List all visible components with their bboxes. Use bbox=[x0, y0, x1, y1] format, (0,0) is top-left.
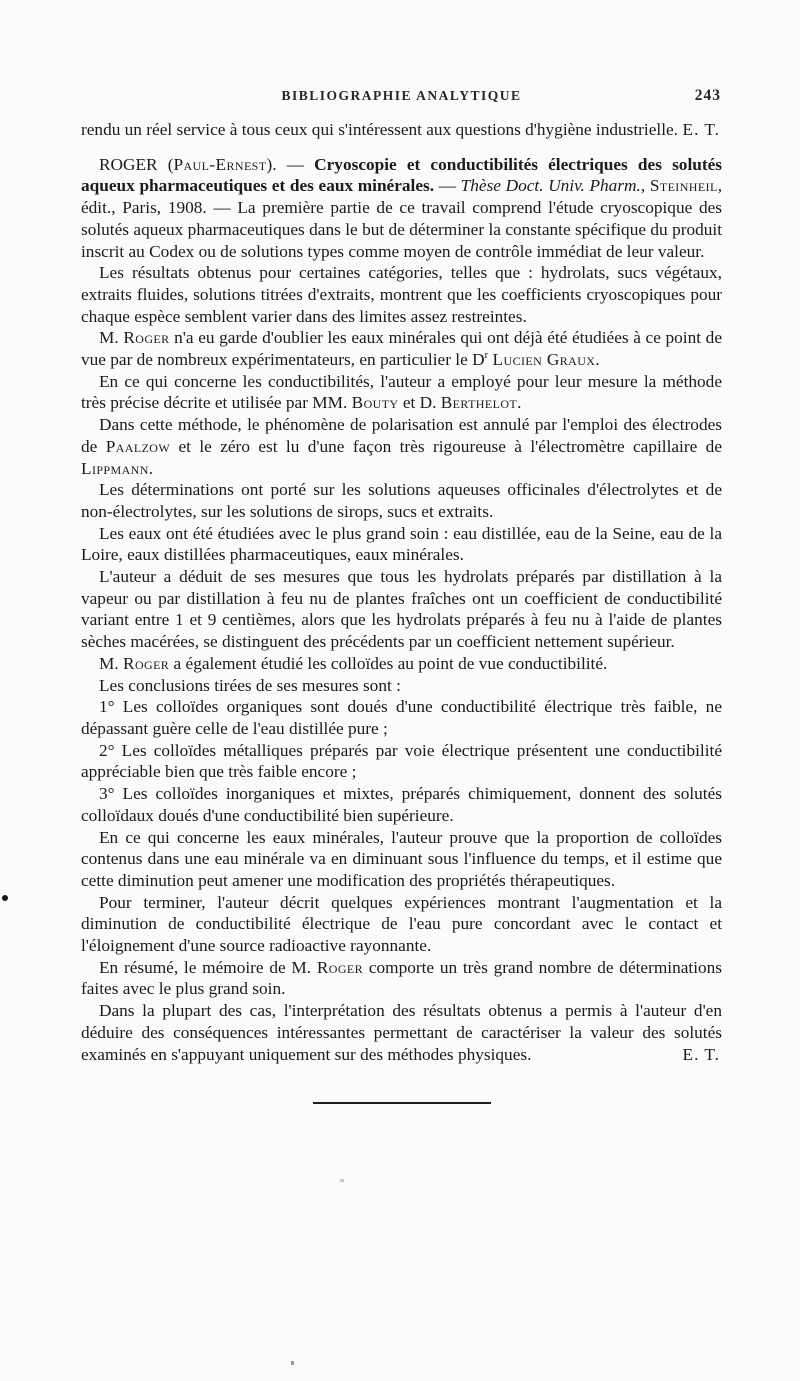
text-segment: M. bbox=[99, 328, 123, 347]
text-segment: et le zéro est lu d'une façon très rigou… bbox=[170, 437, 722, 456]
paragraph: L'auteur a déduit de ses mesures que tou… bbox=[81, 566, 722, 653]
paragraph: rendu un réel service à tous ceux qui s'… bbox=[81, 119, 722, 141]
article-body: rendu un réel service à tous ceux qui s'… bbox=[81, 119, 722, 1104]
text-segment: 3° Les colloïdes inorganiques et mixtes,… bbox=[81, 784, 722, 825]
paragraph: En résumé, le mémoire de M. Roger compor… bbox=[81, 957, 722, 1000]
text-segment: M. bbox=[99, 654, 123, 673]
paragraph: 1° Les colloïdes organiques sont doués d… bbox=[81, 696, 722, 739]
text-segment: et D. bbox=[399, 393, 441, 412]
text-segment: Les eaux ont été étudiées avec le plus g… bbox=[81, 524, 722, 565]
text-segment: Pour terminer, l'auteur décrit quelques … bbox=[81, 893, 722, 955]
paragraph: M. Roger n'a eu garde d'oublier les eaux… bbox=[81, 327, 722, 370]
text-segment: Paalzow bbox=[106, 437, 170, 456]
scanned-page: BIBLIOGRAPHIE ANALYTIQUE 243 rendu un ré… bbox=[0, 0, 800, 1381]
text-segment: En résumé, le mémoire de M. bbox=[99, 958, 317, 977]
margin-dot-artifact bbox=[2, 895, 8, 901]
text-segment: . bbox=[149, 459, 153, 478]
paragraph: En ce qui concerne les conductibilités, … bbox=[81, 371, 722, 414]
text-segment: . bbox=[595, 350, 599, 369]
text-segment: L'auteur a déduit de ses mesures que tou… bbox=[81, 567, 722, 651]
paragraph: Dans la plupart des cas, l'interprétatio… bbox=[81, 1000, 722, 1065]
paragraph: Les eaux ont été étudiées avec le plus g… bbox=[81, 523, 722, 566]
faint-speck-artifact bbox=[340, 1179, 344, 1182]
signature: E. T. bbox=[665, 1044, 720, 1066]
text-segment: Bouty bbox=[352, 393, 399, 412]
bottom-speck-artifact bbox=[291, 1361, 294, 1365]
paragraph: Pour terminer, l'auteur décrit quelques … bbox=[81, 892, 722, 957]
text-segment: , bbox=[641, 176, 650, 195]
paragraph: ROGER (Paul-Ernest). — Cryoscopie et con… bbox=[81, 154, 722, 263]
text-segment: Paul-Ernest bbox=[173, 155, 266, 174]
text-segment: Lippmann bbox=[81, 459, 149, 478]
text-segment: n'a eu garde d'oublier les eaux minérale… bbox=[81, 328, 722, 369]
signature: E. T. bbox=[683, 119, 720, 141]
text-segment: Roger bbox=[317, 958, 363, 977]
text-segment: a également étudié les colloïdes au poin… bbox=[169, 654, 607, 673]
text-segment: En ce qui concerne les eaux minérales, l… bbox=[81, 828, 722, 890]
running-title: BIBLIOGRAPHIE ANALYTIQUE bbox=[81, 88, 722, 104]
paragraph: En ce qui concerne les eaux minérales, l… bbox=[81, 827, 722, 892]
text-segment: Les résultats obtenus pour certaines cat… bbox=[81, 263, 722, 325]
text-segment: Les conclusions tirées de ses mesures so… bbox=[99, 676, 401, 695]
text-segment: Berthelot bbox=[441, 393, 517, 412]
text-segment: rendu un réel service à tous ceux qui s'… bbox=[81, 120, 678, 139]
paragraph: Dans cette méthode, le phénomène de pola… bbox=[81, 414, 722, 479]
text-segment: Les déterminations ont porté sur les sol… bbox=[81, 480, 722, 521]
text-segment: . bbox=[517, 393, 521, 412]
text-segment: ). — bbox=[266, 155, 314, 174]
page-number: 243 bbox=[695, 87, 721, 105]
paragraph: Les conclusions tirées de ses mesures so… bbox=[81, 675, 722, 697]
text-segment: 2° Les colloïdes métalliques préparés pa… bbox=[81, 741, 722, 782]
paragraph: M. Roger a également étudié les colloïde… bbox=[81, 653, 722, 675]
text-segment: Dans la plupart des cas, l'interprétatio… bbox=[81, 1001, 722, 1063]
text-segment: Lucien Graux bbox=[493, 350, 596, 369]
page-header: BIBLIOGRAPHIE ANALYTIQUE 243 bbox=[81, 88, 722, 110]
text-segment: 1° Les colloïdes organiques sont doués d… bbox=[81, 697, 722, 738]
text-segment: ROGER ( bbox=[99, 155, 173, 174]
paragraph: Les déterminations ont porté sur les sol… bbox=[81, 479, 722, 522]
end-rule bbox=[313, 1102, 491, 1104]
text-segment: Roger bbox=[123, 328, 169, 347]
text-segment: — bbox=[434, 176, 461, 195]
paragraph: 2° Les colloïdes métalliques préparés pa… bbox=[81, 740, 722, 783]
text-segment: Thèse Doct. Univ. Pharm. bbox=[461, 176, 641, 195]
text-segment: Steinheil bbox=[650, 176, 718, 195]
paragraph: 3° Les colloïdes inorganiques et mixtes,… bbox=[81, 783, 722, 826]
text-segment: Roger bbox=[123, 654, 169, 673]
paragraph: Les résultats obtenus pour certaines cat… bbox=[81, 262, 722, 327]
